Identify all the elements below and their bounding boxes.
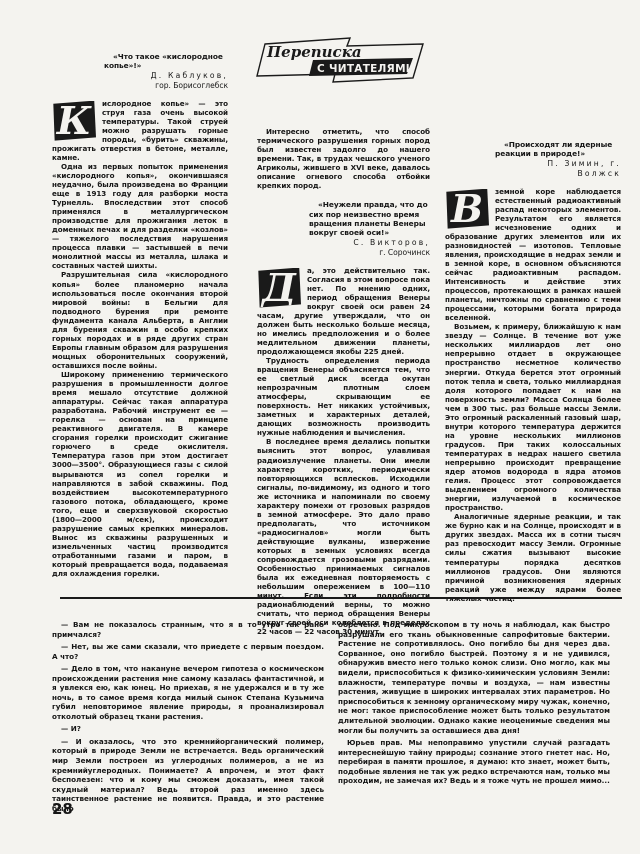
letter-2-paragraph: В последнее время делались попытки выясн… [257,437,430,636]
letter-2-question: «Неужели правда, что до сих пор неизвест… [309,200,430,237]
dropcap-d-icon: Д [257,268,301,308]
letter-3-header: «Происходят ли ядерные реакции в природе… [445,140,621,179]
column-2: Интересно отметить, что способ термическ… [257,127,430,636]
story-paragraph: — Дело в том, что накануне вечером гипот… [52,664,324,722]
page-number: 28 [52,800,73,818]
svg-text:С ЧИТАТЕЛЯМИ: С ЧИТАТЕЛЯМИ [317,63,415,75]
section-divider [60,597,622,599]
letter-3-question: «Происходят ли ядерные реакции в природе… [495,140,621,159]
story-paragraph: — Нет, вы же сами сказали, что приедете … [52,642,324,661]
section-logo: Переписка С ЧИТАТЕЛЯМИ [255,36,427,86]
story-column-right: обречено. Под микроскопом в ту ночь я на… [338,620,610,789]
column-3: «Происходят ли ядерные реакции в природе… [445,40,621,603]
story-paragraph: обречено. Под микроскопом в ту ночь я на… [338,620,610,735]
story-paragraph: Юрьев прав. Мы непоправимо упустили случ… [338,738,610,786]
letter-2-author: С. Викторов, [309,238,430,248]
letter-1-paragraph: Интересно отметить, что способ термическ… [257,127,430,190]
letter-1-paragraph: Разрушительная сила «кислородного копья»… [52,270,228,370]
letter-1-header: «Что такое «кислородное копье»!» Д. Кабл… [52,52,228,91]
letter-3-paragraph: Возьмем, к примеру, ближайшую к нам звез… [445,322,621,512]
column-1: «Что такое «кислородное копье»!» Д. Кабл… [52,42,228,578]
letter-1-author: Д. Каблуков, [104,71,228,81]
letter-1-location: гор. Борисоглебск [104,81,228,91]
letter-1-question: «Что такое «кислородное копье»!» [104,52,228,71]
letter-2-paragraph: Трудность определения периода вращения В… [257,356,430,437]
letter-2-location: г. Сорочинск [309,248,430,258]
letter-3-author: П. Зимин, г. Волжск [495,159,621,179]
story-paragraph: — И оказалось, что это кремнийорганическ… [52,737,324,814]
magazine-page: Переписка С ЧИТАТЕЛЯМИ «Что такое «кисло… [0,0,640,854]
story-column-left: — Вам не показалось странным, что я в то… [52,620,324,816]
letter-1-paragraph: Широкому применению термического разруше… [52,370,228,578]
dropcap-k-icon: К [52,101,96,141]
svg-text:Переписка: Переписка [266,43,362,61]
letter-3-paragraph: Аналогичные ядерные реакции, и так же бу… [445,512,621,602]
dropcap-v-icon: В [445,189,489,229]
letter-2-header: «Неужели правда, что до сих пор неизвест… [257,200,430,257]
story-paragraph: — Вам не показалось странным, что я в то… [52,620,324,639]
story-paragraph: — И? [52,724,324,734]
letter-1-paragraph: Одна из первых попыток применения «кисло… [52,162,228,271]
